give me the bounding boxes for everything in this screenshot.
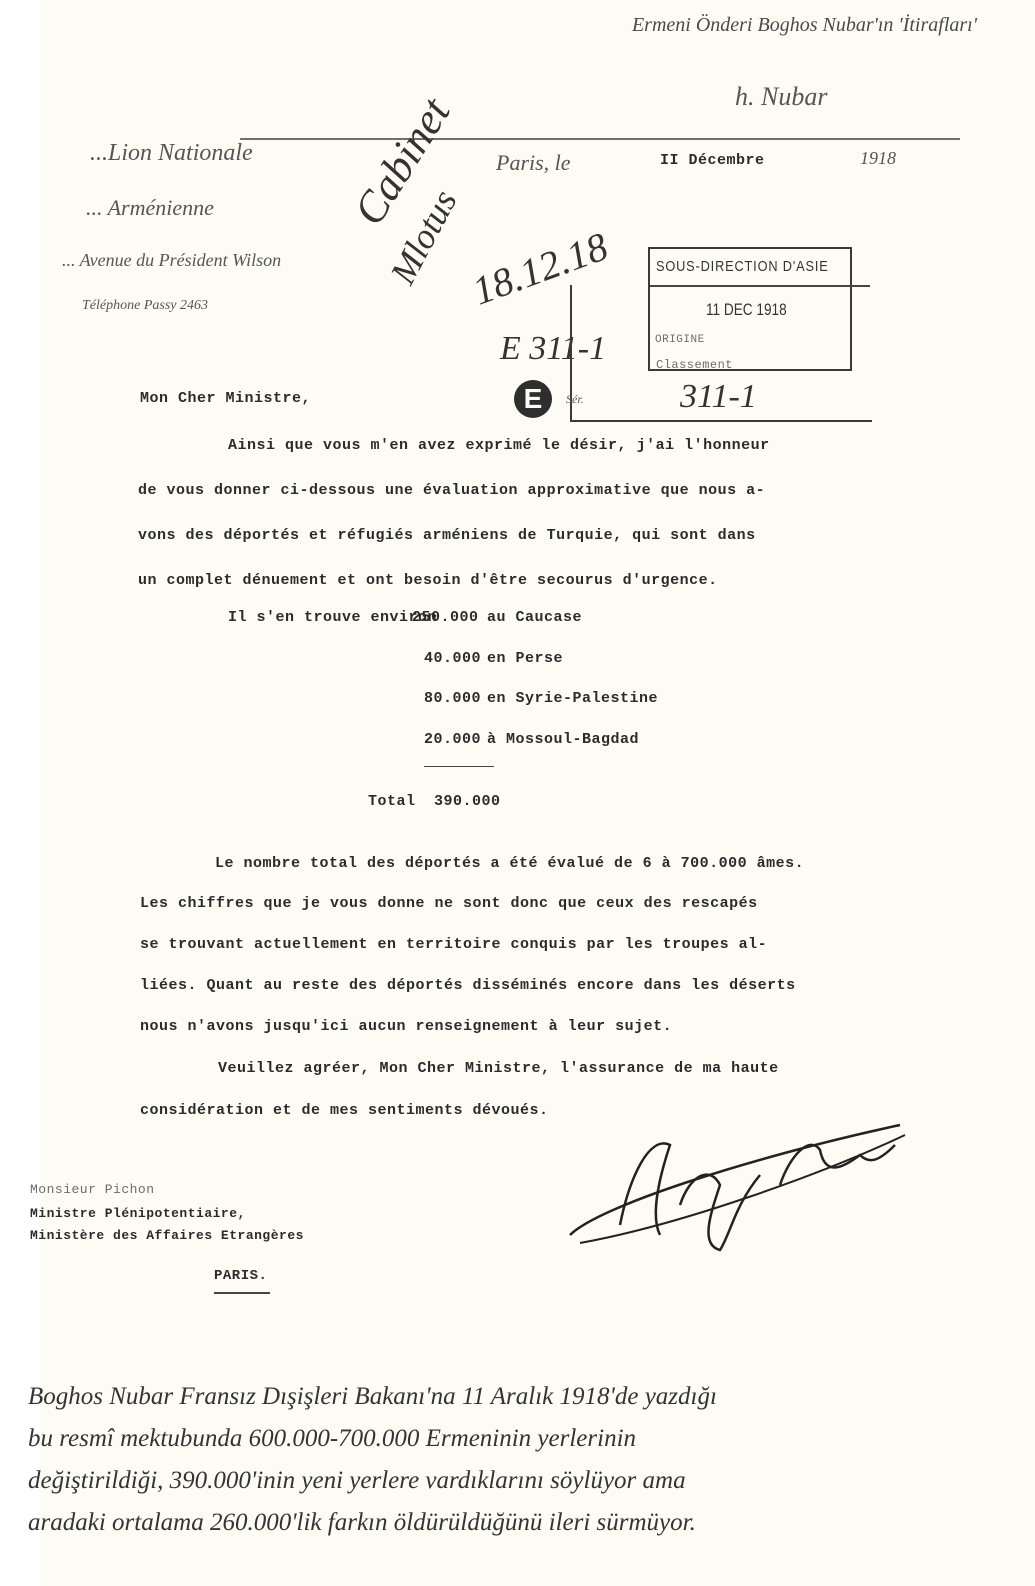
figure-value-4: 20.000 bbox=[424, 731, 481, 748]
city: PARIS. bbox=[214, 1268, 267, 1284]
paragraph2-line-4: liées. Quant au reste des déportés dissé… bbox=[140, 977, 796, 994]
paragraph2-line-5: nous n'avons jusqu'ici aucun renseigneme… bbox=[140, 1018, 672, 1035]
paragraph1-line-3: vons des déportés et réfugiés arméniens … bbox=[138, 527, 756, 544]
caption-line-2: bu resmî mektubunda 600.000-700.000 Erme… bbox=[28, 1418, 1008, 1460]
letterhead-line-1: ...Lion Nationale bbox=[90, 140, 253, 167]
figure-value-2: 40.000 bbox=[424, 650, 481, 667]
paragraph2-line-2: Les chiffres que je vous donne ne sont d… bbox=[140, 895, 758, 912]
figure-place-2: en Perse bbox=[487, 650, 563, 667]
figure-value-3: 80.000 bbox=[424, 690, 481, 707]
closing-line-2: considération et de mes sentiments dévou… bbox=[140, 1102, 549, 1119]
addressee-line-3: Ministère des Affaires Etrangères bbox=[30, 1228, 304, 1243]
signature bbox=[560, 1115, 920, 1255]
letter-year: 1918 bbox=[860, 148, 896, 169]
paragraph1-line-2: de vous donner ci-dessous une évaluation… bbox=[138, 482, 765, 499]
stamp-rule bbox=[650, 285, 870, 287]
stamp-label-origin: ORIGINE bbox=[655, 334, 705, 346]
total-value: 390.000 bbox=[434, 793, 501, 810]
paragraph2-line-3: se trouvant actuellement en territoire c… bbox=[140, 936, 767, 953]
paragraph2-line-1: Le nombre total des déportés a été évalu… bbox=[215, 855, 804, 872]
total-label: Total bbox=[368, 793, 416, 810]
addressee-line-2: Ministre Plénipotentiaire, bbox=[30, 1206, 246, 1221]
stamp-title: SOUS-DIRECTION D'ASIE bbox=[656, 258, 829, 275]
closing-line-1: Veuillez agréer, Mon Cher Ministre, l'as… bbox=[218, 1060, 779, 1077]
caption-line-3: değiştirildiği, 390.000'inin yeni yerler… bbox=[28, 1460, 1008, 1502]
figure-place-3: en Syrie-Palestine bbox=[487, 690, 658, 707]
total-rule bbox=[424, 766, 494, 767]
stamp-label-classement: Classement bbox=[656, 358, 733, 372]
paragraph1-line-1: Ainsi que vous m'en avez exprimé le dési… bbox=[228, 437, 770, 454]
figure-place-1: au Caucase bbox=[487, 609, 582, 626]
letterhead-rule bbox=[240, 138, 960, 140]
salutation: Mon Cher Ministre, bbox=[140, 390, 311, 407]
figure-place-4: à Mossoul-Bagdad bbox=[487, 731, 639, 748]
letterhead-line-2: ... Arménienne bbox=[86, 195, 214, 221]
caption-line-1: Boghos Nubar Fransız Dışişleri Bakanı'na… bbox=[28, 1376, 1008, 1418]
handwritten-note-top: h. Nubar bbox=[735, 82, 827, 112]
paragraph1-line-4: un complet dénuement et ont besoin d'êtr… bbox=[138, 572, 718, 589]
stamp-circle-e: E bbox=[514, 380, 552, 418]
caption-line-4: aradaki ortalama 260.000'lik farkın öldü… bbox=[28, 1502, 1008, 1544]
figure-caption: Boghos Nubar Fransız Dışişleri Bakanı'na… bbox=[28, 1376, 1008, 1544]
addressee-line-1: Monsieur Pichon bbox=[30, 1182, 155, 1197]
city-underline bbox=[214, 1292, 270, 1294]
letterhead-line-3: ... Avenue du Président Wilson bbox=[62, 250, 281, 271]
letter-date: II Décembre bbox=[660, 152, 765, 169]
stamp-date: 11 DEC 1918 bbox=[706, 300, 787, 320]
figure-value-1: 250.000 bbox=[412, 609, 479, 626]
letter-scan: h. Nubar ...Lion Nationale ... Arménienn… bbox=[0, 0, 1035, 1340]
letterhead-line-4: Téléphone Passy 2463 bbox=[82, 298, 208, 314]
stamp-ref-number: 311-1 bbox=[680, 378, 757, 416]
place-prefix: Paris, le bbox=[496, 150, 571, 176]
stamp-ser-label: Sér. bbox=[566, 392, 584, 407]
figures-intro: Il s'en trouve environ bbox=[228, 609, 437, 626]
